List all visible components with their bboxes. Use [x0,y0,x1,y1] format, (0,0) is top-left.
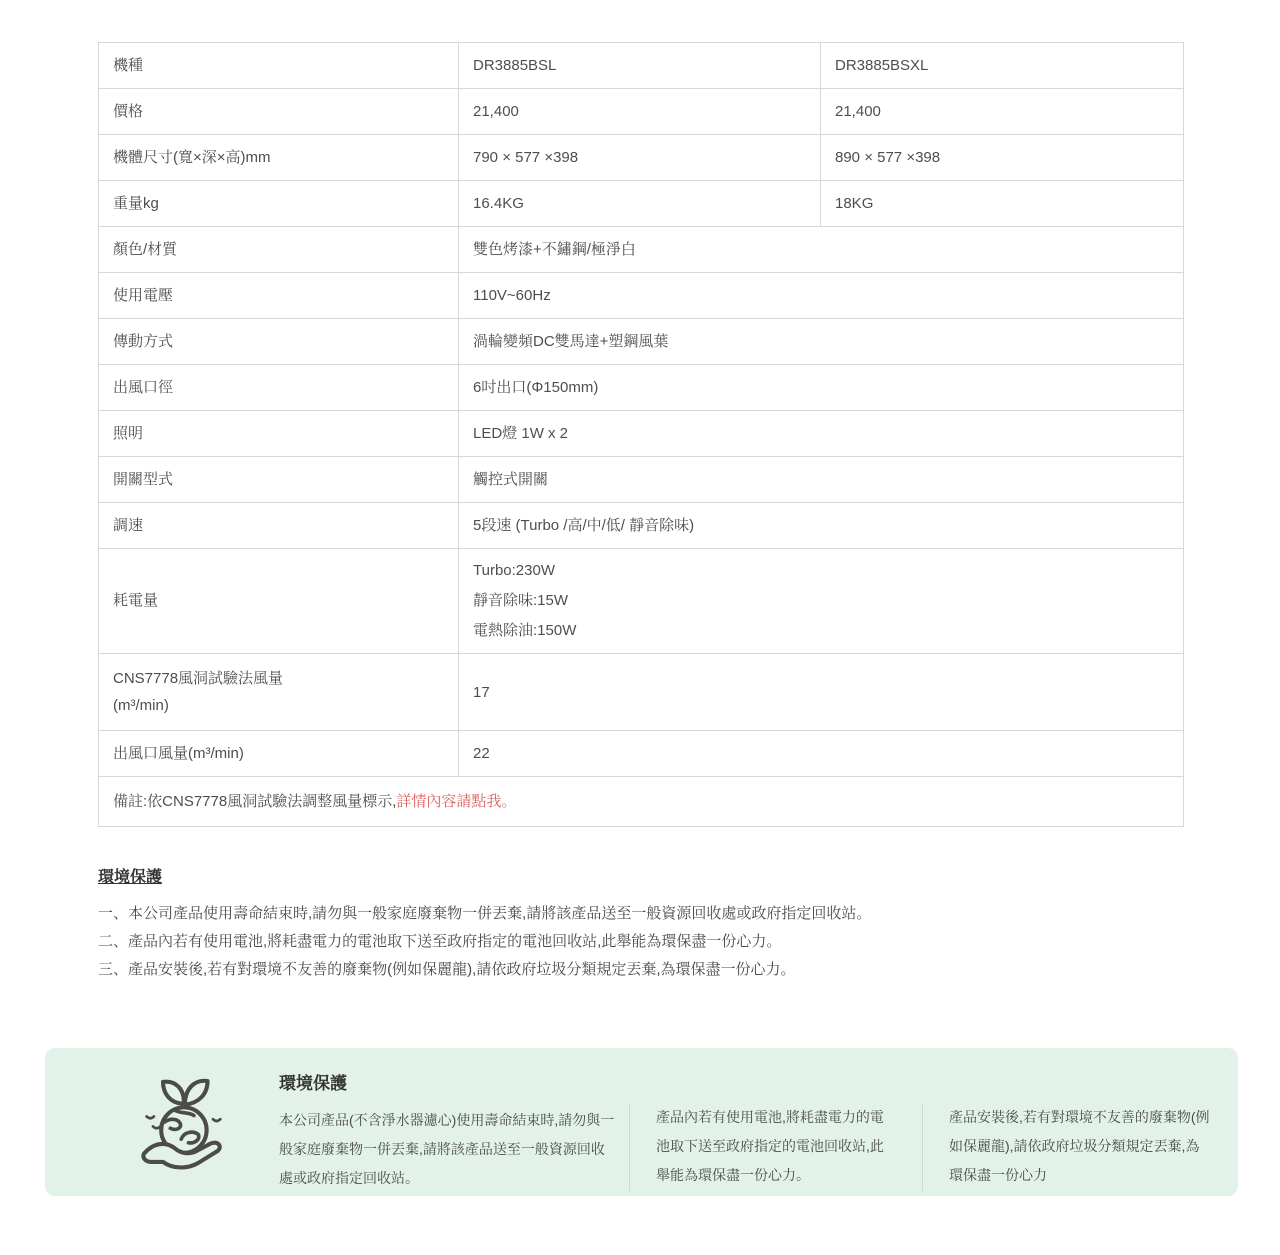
table-row: 機種 DR3885BSL DR3885BSXL [99,43,1184,89]
spec-value-cell: 渦輪變頻DC雙馬達+塑鋼風葉 [459,319,1184,365]
spec-value-cell: 890 × 577 ×398 [821,135,1184,181]
table-row: 耗電量 Turbo:230W 靜音除味:15W 電熱除油:150W [99,549,1184,654]
spec-label-cell: 顏色/材質 [99,227,459,273]
spec-label-cell: 調速 [99,503,459,549]
banner-divider [922,1103,923,1191]
power-line: 電熱除油:150W [473,616,1169,646]
table-row: 機體尺寸(寬×深×高)mm 790 × 577 ×398 890 × 577 ×… [99,135,1184,181]
table-row: 調速 5段速 (Turbo /高/中/低/ 靜音除味) [99,503,1184,549]
spec-label-cell: 耗電量 [99,549,459,654]
spec-label-cell: CNS7778風洞試驗法風量 (m³/min) [99,654,459,731]
spec-value-cell: Turbo:230W 靜音除味:15W 電熱除油:150W [459,549,1184,654]
spec-value-cell: DR3885BSXL [821,43,1184,89]
table-row: CNS7778風洞試驗法風量 (m³/min) 17 [99,654,1184,731]
spec-label-cell: 機種 [99,43,459,89]
table-row: 照明 LED燈 1W x 2 [99,411,1184,457]
note-text: 備註:依CNS7778風洞試驗法調整風量標示, [113,793,396,810]
spec-value-cell: 觸控式開關 [459,457,1184,503]
spec-value-cell: 16.4KG [459,181,821,227]
power-line: Turbo:230W [473,556,1169,586]
spec-label-cell: 出風口徑 [99,365,459,411]
table-row: 備註:依CNS7778風洞試驗法調整風量標示,詳情內容請點我。 [99,777,1184,827]
spec-value-cell: DR3885BSL [459,43,821,89]
spec-label-cell: 使用電壓 [99,273,459,319]
spec-value-cell: 22 [459,731,1184,777]
spec-value-cell: 21,400 [459,89,821,135]
power-line: 靜音除味:15W [473,586,1169,616]
spec-value-cell: 21,400 [821,89,1184,135]
spec-value-cell: 110V~60Hz [459,273,1184,319]
hand-holding-earth-icon [133,1068,233,1174]
environment-note-item: 一、本公司產品使用壽命結束時,請勿與一般家庭廢棄物一併丟棄,請將該產品送至一般資… [98,900,1218,928]
spec-value-cell: 雙色烤漆+不鏽鋼/極淨白 [459,227,1184,273]
spec-value-cell: 17 [459,654,1184,731]
table-row: 開關型式 觸控式開關 [99,457,1184,503]
spec-label-cell: 機體尺寸(寬×深×高)mm [99,135,459,181]
environment-banner: 環境保護 本公司產品(不含淨水器濾心)使用壽命結束時,請勿與一般家庭廢棄物一併丟… [45,1048,1238,1196]
spec-value-cell: 790 × 577 ×398 [459,135,821,181]
banner-text: 產品安裝後,若有對環境不友善的廢棄物(例如保麗龍),請依政府垃圾分類規定丟棄,為… [949,1103,1211,1190]
spec-label-cell: 傳動方式 [99,319,459,365]
banner-text: 產品內若有使用電池,將耗盡電力的電池取下送至政府指定的電池回收站,此舉能為環保盡… [656,1103,896,1190]
banner-column-2: 產品內若有使用電池,將耗盡電力的電池取下送至政府指定的電池回收站,此舉能為環保盡… [656,1048,896,1190]
cns-label-line: CNS7778風洞試驗法風量 [113,665,444,692]
table-row: 出風口徑 6吋出口(Φ150mm) [99,365,1184,411]
table-row: 價格 21,400 21,400 [99,89,1184,135]
table-row: 顏色/材質 雙色烤漆+不鏽鋼/極淨白 [99,227,1184,273]
spec-label-cell: 重量kg [99,181,459,227]
spec-value-cell: 5段速 (Turbo /高/中/低/ 靜音除味) [459,503,1184,549]
spec-label-cell: 價格 [99,89,459,135]
table-row: 出風口風量(m³/min) 22 [99,731,1184,777]
details-link[interactable]: 詳情內容請點我。 [396,793,516,810]
cns-label-line: (m³/min) [113,692,444,719]
spec-value-cell: 6吋出口(Φ150mm) [459,365,1184,411]
spec-value-cell: LED燈 1W x 2 [459,411,1184,457]
table-row: 傳動方式 渦輪變頻DC雙馬達+塑鋼風葉 [99,319,1184,365]
spec-label-cell: 出風口風量(m³/min) [99,731,459,777]
banner-column-1: 環境保護 本公司產品(不含淨水器濾心)使用壽命結束時,請勿與一般家庭廢棄物一併丟… [279,1048,617,1193]
banner-text: 本公司產品(不含淨水器濾心)使用壽命結束時,請勿與一般家庭廢棄物一併丟棄,請將該… [279,1106,617,1193]
note-cell: 備註:依CNS7778風洞試驗法調整風量標示,詳情內容請點我。 [99,777,1184,827]
environment-note-item: 三、產品安裝後,若有對環境不友善的廢棄物(例如保麗龍),請依政府垃圾分類規定丟棄… [98,956,1218,984]
product-spec-table: 機種 DR3885BSL DR3885BSXL 價格 21,400 21,400… [98,42,1184,827]
spec-value-cell: 18KG [821,181,1184,227]
banner-title: 環境保護 [279,1069,617,1094]
environment-notes-section: 環境保護 一、本公司產品使用壽命結束時,請勿與一般家庭廢棄物一併丟棄,請將該產品… [98,864,1218,984]
spec-label-cell: 開關型式 [99,457,459,503]
table-row: 使用電壓 110V~60Hz [99,273,1184,319]
environment-note-item: 二、產品內若有使用電池,將耗盡電力的電池取下送至政府指定的電池回收站,此舉能為環… [98,928,1218,956]
banner-column-3: 產品安裝後,若有對環境不友善的廢棄物(例如保麗龍),請依政府垃圾分類規定丟棄,為… [949,1048,1211,1190]
table-row: 重量kg 16.4KG 18KG [99,181,1184,227]
environment-heading: 環境保護 [98,864,1218,887]
banner-divider [629,1103,630,1191]
spec-label-cell: 照明 [99,411,459,457]
